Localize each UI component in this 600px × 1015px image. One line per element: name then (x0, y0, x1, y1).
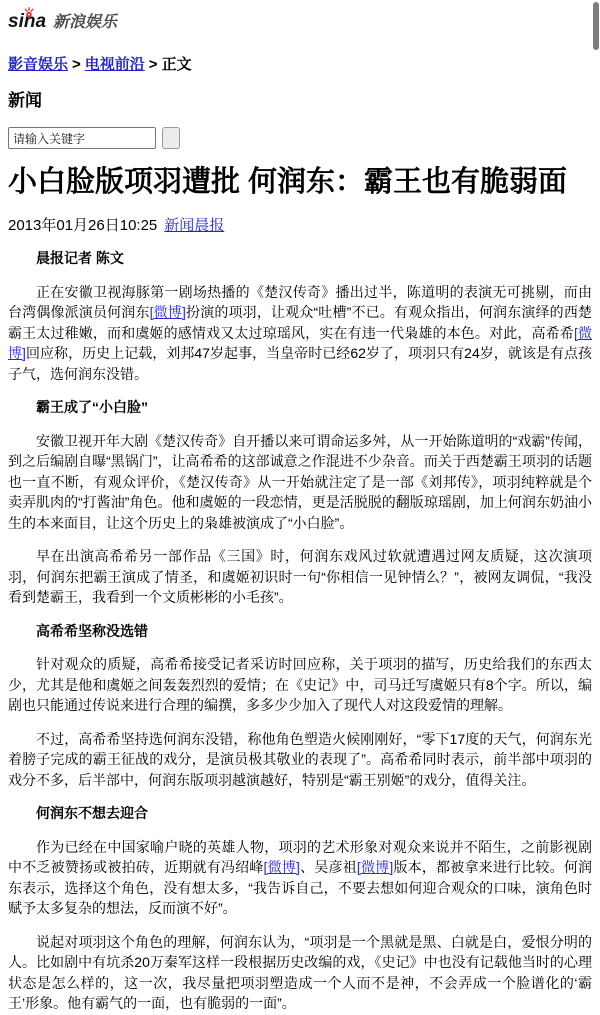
section-heading: 高希希坚称没选错 (8, 621, 592, 642)
article-paragraph: 安徽卫视开年大剧《楚汉传奇》自开播以来可谓命运多舛，从一开始陈道明的“戏霸”传闻… (8, 431, 592, 534)
article-paragraph: 说起对项羽这个角色的理解，何润东认为，“项羽是一个黑就是黑、白就是白，爱恨分明的… (8, 932, 592, 1014)
weibo-link[interactable]: [微博] (150, 304, 186, 320)
article-paragraph: 作为已经在中国家喻户晓的英雄人物，项羽的艺术形象对观众来说并不陌生，之前影视剧中… (8, 837, 592, 919)
breadcrumb-current: 正文 (162, 56, 192, 73)
weibo-link[interactable]: [微博] (357, 859, 393, 875)
article-paragraph: 正在安徽卫视海豚第一剧场热播的《楚汉传奇》播出过半，陈道明的表演无可挑剔，而由台… (8, 282, 592, 385)
article-title: 小白脸版项羽遭批 何润东：霸王也有脆弱面 (8, 162, 592, 202)
weibo-link[interactable]: [微博] (8, 325, 592, 362)
breadcrumb-link-dianshi-qianyan[interactable]: 电视前沿 (85, 56, 145, 73)
breadcrumb-separator: > (72, 56, 81, 73)
source-link[interactable]: 新闻晨报 (164, 217, 224, 234)
dateline: 2013年01月26日10:25新闻晨报 (8, 217, 592, 235)
sina-logotype: sina (8, 12, 46, 32)
search-bar (8, 126, 592, 150)
byline: 晨报记者 陈文 (8, 248, 592, 269)
section-heading: 霸王成了“小白脸” (8, 397, 592, 418)
weibo-link[interactable]: [微博] (264, 859, 300, 875)
breadcrumb: 影音娱乐>电视前沿>正文 (8, 56, 592, 74)
search-input[interactable] (8, 127, 156, 149)
article-paragraph: 针对观众的质疑，高希希接受记者采访时回应称，关于项羽的描写，历史给我们的东西太少… (8, 654, 592, 716)
breadcrumb-link-yingyin-yule[interactable]: 影音娱乐 (8, 56, 68, 73)
sina-sun-icon (23, 6, 35, 24)
news-section-heading: 新闻 (8, 91, 592, 111)
section-heading: 何润东不想去迎合 (8, 803, 592, 824)
search-button[interactable] (162, 127, 180, 149)
breadcrumb-separator: > (149, 56, 158, 73)
sina-channel-label: 新浪娱乐 (53, 14, 117, 32)
content-area: sina 新浪娱乐 影音娱乐>电视前沿>正文 新闻 小白脸版项羽遭批 何润东：霸… (0, 0, 600, 1014)
sina-logo[interactable]: sina 新浪娱乐 (8, 10, 592, 32)
page: sina 新浪娱乐 影音娱乐>电视前沿>正文 新闻 小白脸版项羽遭批 何润东：霸… (0, 0, 600, 1015)
article-body: 晨报记者 陈文正在安徽卫视海豚第一剧场热播的《楚汉传奇》播出过半，陈道明的表演无… (8, 248, 592, 1014)
article-paragraph: 不过，高希希坚持选何润东没错，称他角色塑造火候刚刚好，“零下17度的天气，何润东… (8, 729, 592, 791)
article-paragraph: 早在出演高希希另一部作品《三国》时，何润东戏风过软就遭遇过网友质疑，这次演项羽，… (8, 546, 592, 608)
publish-time: 2013年01月26日10:25 (8, 217, 157, 234)
scrollbar-thumb[interactable] (593, 2, 599, 50)
